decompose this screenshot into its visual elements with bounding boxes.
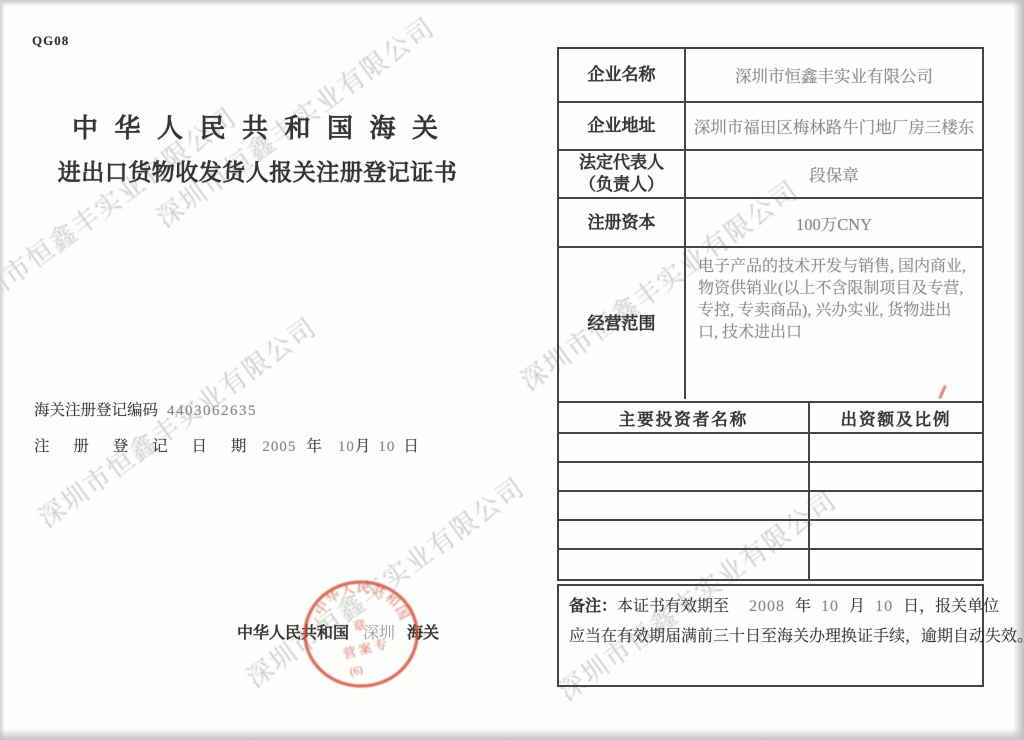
row-value: 电子产品的技术开发与销售, 国内商业, 物资供销业(以上不含限制项目及专营, 专… bbox=[686, 248, 982, 399]
issuing-authority-line: 中华人民共和国深圳海关 bbox=[237, 620, 439, 643]
title-line-1: 中 华 人 民 共 和 国 海 关 bbox=[55, 108, 460, 145]
investor-empty-row bbox=[559, 492, 982, 521]
issuer-org: 海关 bbox=[407, 625, 439, 642]
reg-date-year-unit: 年 bbox=[306, 438, 322, 455]
investor-empty-row bbox=[559, 434, 982, 463]
row-value: 深圳市恒鑫丰实业有限公司 bbox=[686, 49, 982, 101]
investors-header-amount: 出资额及比例 bbox=[810, 403, 982, 432]
company-info-table: 企业名称 深圳市恒鑫丰实业有限公司 企业地址 深圳市福田区梅林路牛门地厂房三楼东… bbox=[557, 47, 984, 403]
reg-date-month-unit: 月 bbox=[355, 438, 371, 455]
row-value: 100万CNY bbox=[686, 199, 982, 246]
remark-label: 备注： bbox=[569, 598, 617, 615]
remark-expiry-month: 10 bbox=[821, 598, 839, 615]
scanned-certificate-page: 深圳市恒鑫丰实业有限公司深圳市恒鑫丰实业有限公司深圳市恒鑫丰实业有限公司深圳市恒… bbox=[0, 0, 1024, 740]
reg-date-day-unit: 日 bbox=[403, 438, 419, 455]
table-row-legal-representative: 法定代表人 （负责人） 段保章 bbox=[559, 151, 982, 199]
row-label: 企业地址 bbox=[559, 103, 686, 149]
table-row-business-scope: 经营范围 电子产品的技术开发与销售, 国内商业, 物资供销业(以上不含限制项目及… bbox=[559, 248, 982, 399]
title-line-2: 进出口货物收发货人报关注册登记证书 bbox=[55, 154, 460, 187]
row-label: 法定代表人 （负责人） bbox=[559, 151, 686, 197]
watermark-text: 深圳市恒鑫丰实业有限公司 bbox=[30, 307, 324, 534]
certificate-title: 中 华 人 民 共 和 国 海 关 进出口货物收发货人报关注册登记证书 bbox=[55, 108, 460, 187]
table-row-company-address: 企业地址 深圳市福田区梅林路牛门地厂房三楼东 bbox=[559, 103, 982, 151]
reg-date-month: 10 bbox=[338, 439, 355, 455]
investor-empty-row bbox=[559, 463, 982, 492]
watermark-text: 深圳市恒鑫丰实业有限公司 bbox=[238, 467, 532, 694]
form-code: QG08 bbox=[32, 33, 69, 49]
customs-reg-code-value: 4403062635 bbox=[167, 403, 257, 419]
remark-line-1: 备注：本证书有效期至2008年10月10日，报关单位 bbox=[569, 592, 972, 622]
table-row-company-name: 企业名称 深圳市恒鑫丰实业有限公司 bbox=[559, 49, 982, 103]
investors-header-name: 主要投资者名称 bbox=[559, 403, 810, 432]
investor-empty-row bbox=[559, 550, 982, 579]
remark-expiry-day: 10 bbox=[875, 598, 893, 615]
reg-date-day: 10 bbox=[378, 439, 395, 455]
customs-reg-code-line: 海关注册登记编码4403062635 bbox=[34, 398, 257, 420]
investor-empty-row bbox=[559, 521, 982, 550]
reg-date-year: 2005 bbox=[262, 439, 296, 455]
reg-date-label: 注 册 登 记 日 期 bbox=[34, 438, 256, 455]
issuer-country: 中华人民共和国 bbox=[237, 625, 349, 642]
remark-box: 备注：本证书有效期至2008年10月10日，报关单位 应当在有效期届满前三十日至… bbox=[557, 584, 984, 687]
remark-expiry-year: 2008 bbox=[749, 598, 785, 615]
row-label: 注册资本 bbox=[559, 199, 686, 246]
customs-reg-code-label: 海关注册登记编码 bbox=[34, 402, 158, 419]
reg-date-line: 注 册 登 记 日 期2005年10月10日 bbox=[34, 434, 419, 456]
remark-line-2: 应当在有效期届满前三十日至海关办理换证手续，逾期自动失效。 bbox=[569, 622, 972, 652]
table-row-registered-capital: 注册资本 100万CNY bbox=[559, 199, 982, 248]
issuer-city: 深圳 bbox=[363, 625, 395, 642]
row-label: 企业名称 bbox=[559, 49, 686, 101]
investors-table: 主要投资者名称 出资额及比例 bbox=[557, 401, 984, 581]
row-label: 经营范围 bbox=[559, 248, 686, 399]
row-value: 深圳市福田区梅林路牛门地厂房三楼东 bbox=[686, 103, 982, 149]
row-value: 段保章 bbox=[686, 151, 982, 197]
investor-empty-rows bbox=[559, 434, 982, 579]
investors-header-row: 主要投资者名称 出资额及比例 bbox=[559, 403, 982, 434]
